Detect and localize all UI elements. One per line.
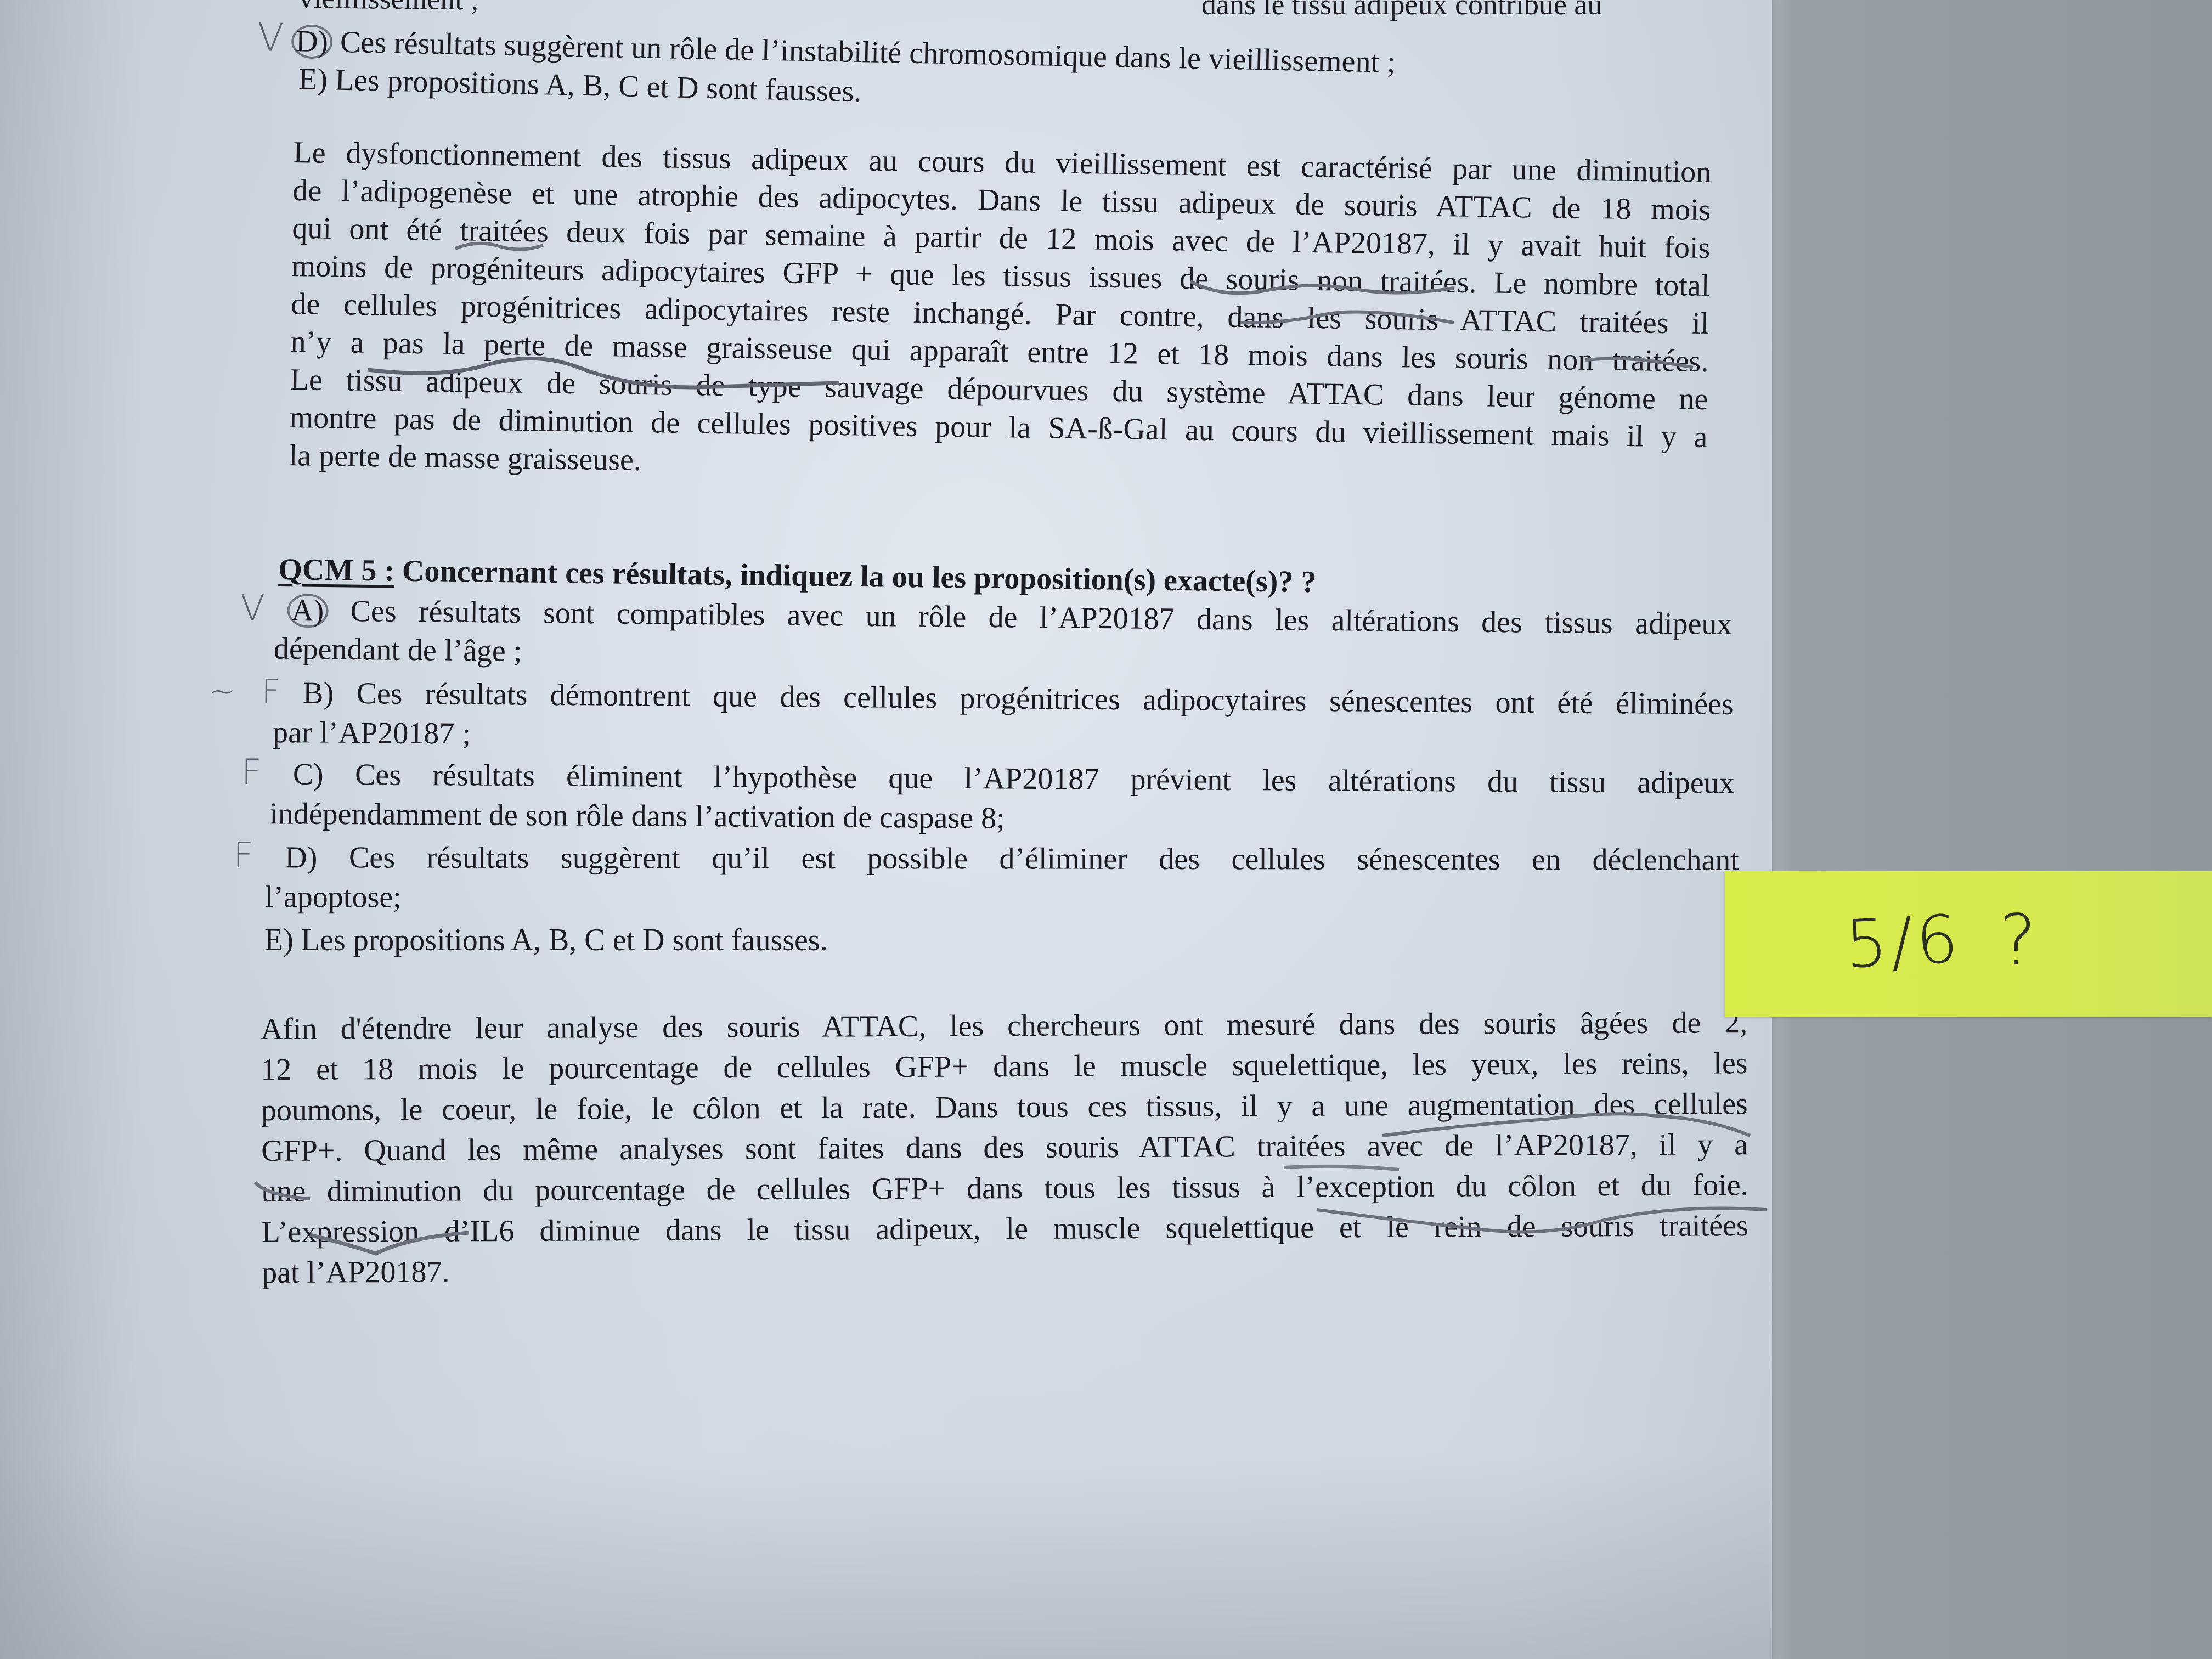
check-mark-icon: V [240,586,265,629]
qcm-option-b: ~ F B) Ces résultats démontrent que des … [208,670,1734,765]
pencil-underline [1190,277,1465,287]
pencil-mark-false-icon: F [241,752,262,793]
qcm-option-c: F C) Ces résultats éliminent l’hypothèse… [241,752,1735,844]
qcm-option-a: V A) Ces résultats sont compatibles avec… [240,587,1733,684]
option-letter-circled: A) [287,594,329,628]
pencil-underline [1383,1114,1756,1124]
pencil-underline [1240,313,1459,323]
sticky-note-score: 5/6 [1844,901,1963,984]
paragraph-gfp-analysis: Afin d'étendre leur analyse des souris A… [261,1002,1748,1294]
pencil-underline [368,361,839,371]
pencil-underline [1284,1163,1404,1173]
pencil-mark-false-icon: ~ F [208,672,280,711]
sticky-note: 5/6 ? [1725,871,2212,1017]
exam-page: vieillissement ; dans le tissu adipeux c… [0,0,1772,1659]
pencil-mark-false-icon: F [233,836,253,876]
qcm-option-d: F D) Ces résultats suggèrent qu’il est p… [233,835,1739,921]
page-shadow [0,1454,1772,1659]
previous-text-fragment-right: dans le tissu adipeux contribue au [1201,0,1602,25]
pencil-underline [1585,357,1695,366]
pencil-underline [255,1182,321,1192]
pencil-underline [455,239,554,249]
pencil-underline [1317,1204,1772,1214]
paragraph-adipose-dysfunction: Le dysfonctionnement des tissus adipeux … [289,132,1712,496]
qcm-option-e: E) Les propositions A, B, C et D sont fa… [264,919,828,961]
option-letter-circled: D) [291,24,332,59]
qcm-label: QCM 5 : [278,552,394,588]
question-mark-icon: ? [1999,900,2036,981]
check-mark-icon: V [257,15,284,60]
pencil-underline [310,1232,475,1242]
